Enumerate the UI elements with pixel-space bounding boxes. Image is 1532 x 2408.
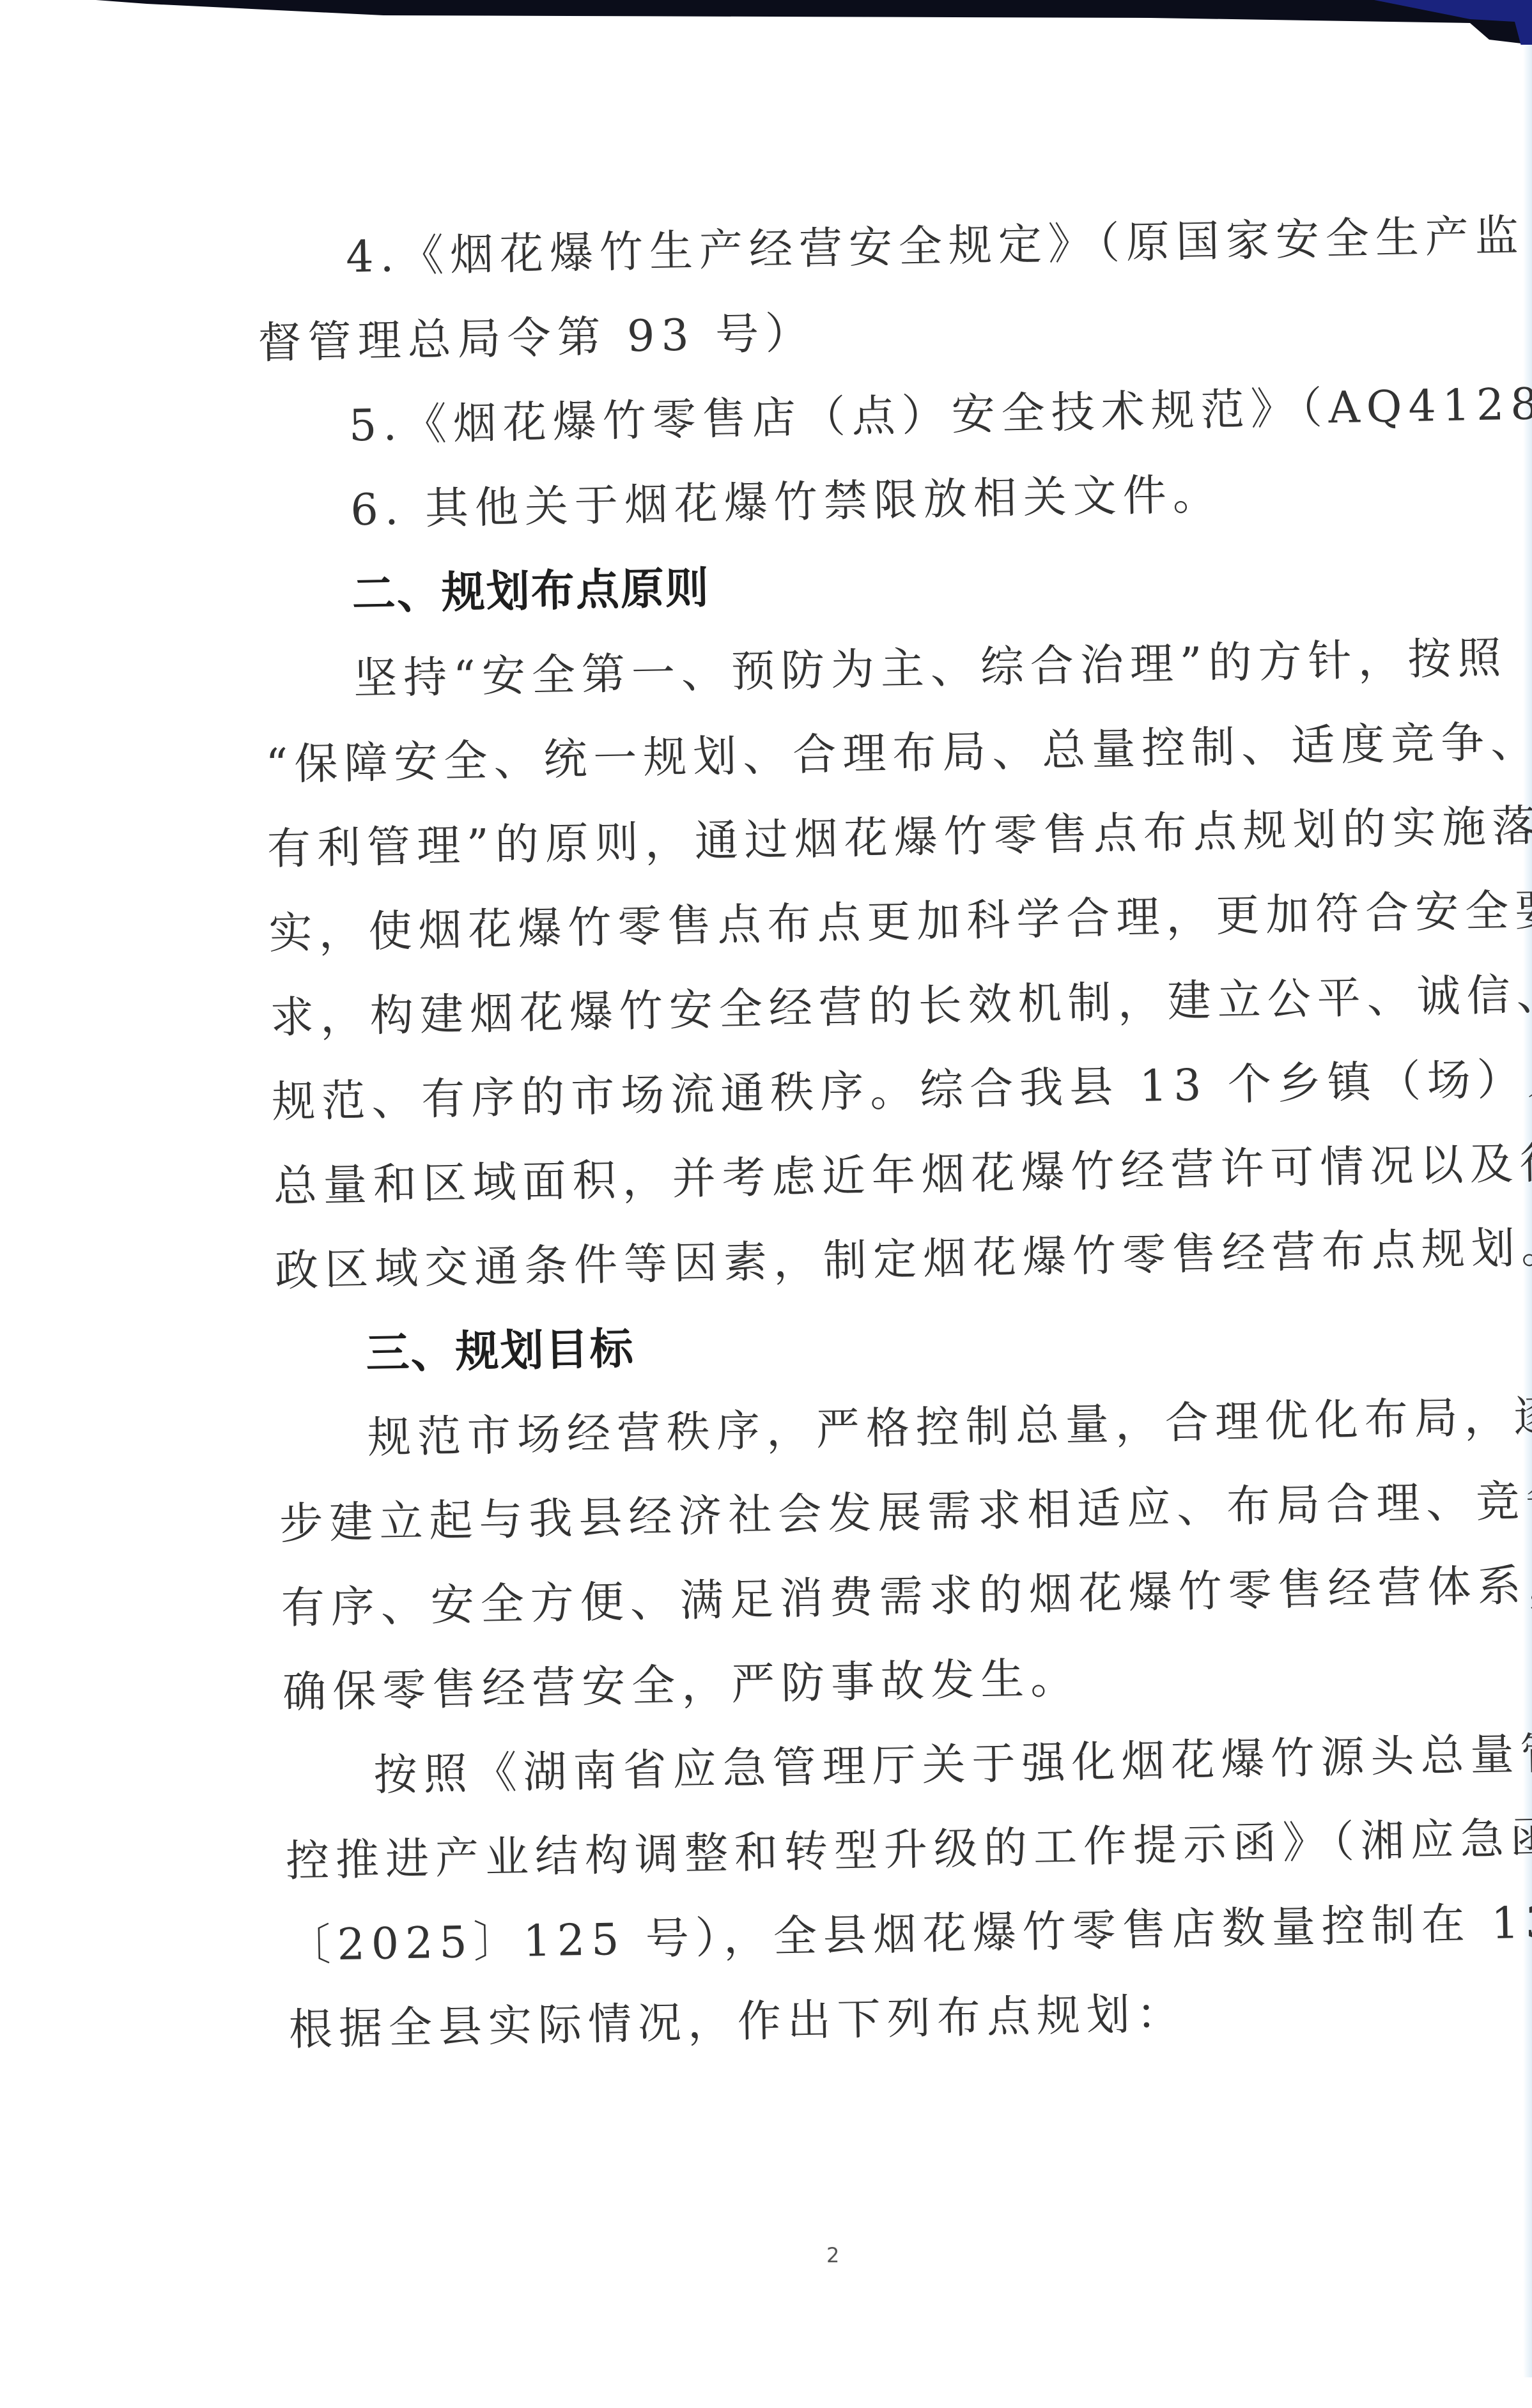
page-number: 2 <box>826 2243 839 2267</box>
document-page: 4.《烟花爆竹生产经营安全规定》（原国家安全生产监 督管理总局令第 93 号） … <box>0 0 1532 2408</box>
photo-top-edge <box>0 0 1532 45</box>
document-body: 4.《烟花爆竹生产经营安全规定》（原国家安全生产监 督管理总局令第 93 号） … <box>256 196 1478 2073</box>
